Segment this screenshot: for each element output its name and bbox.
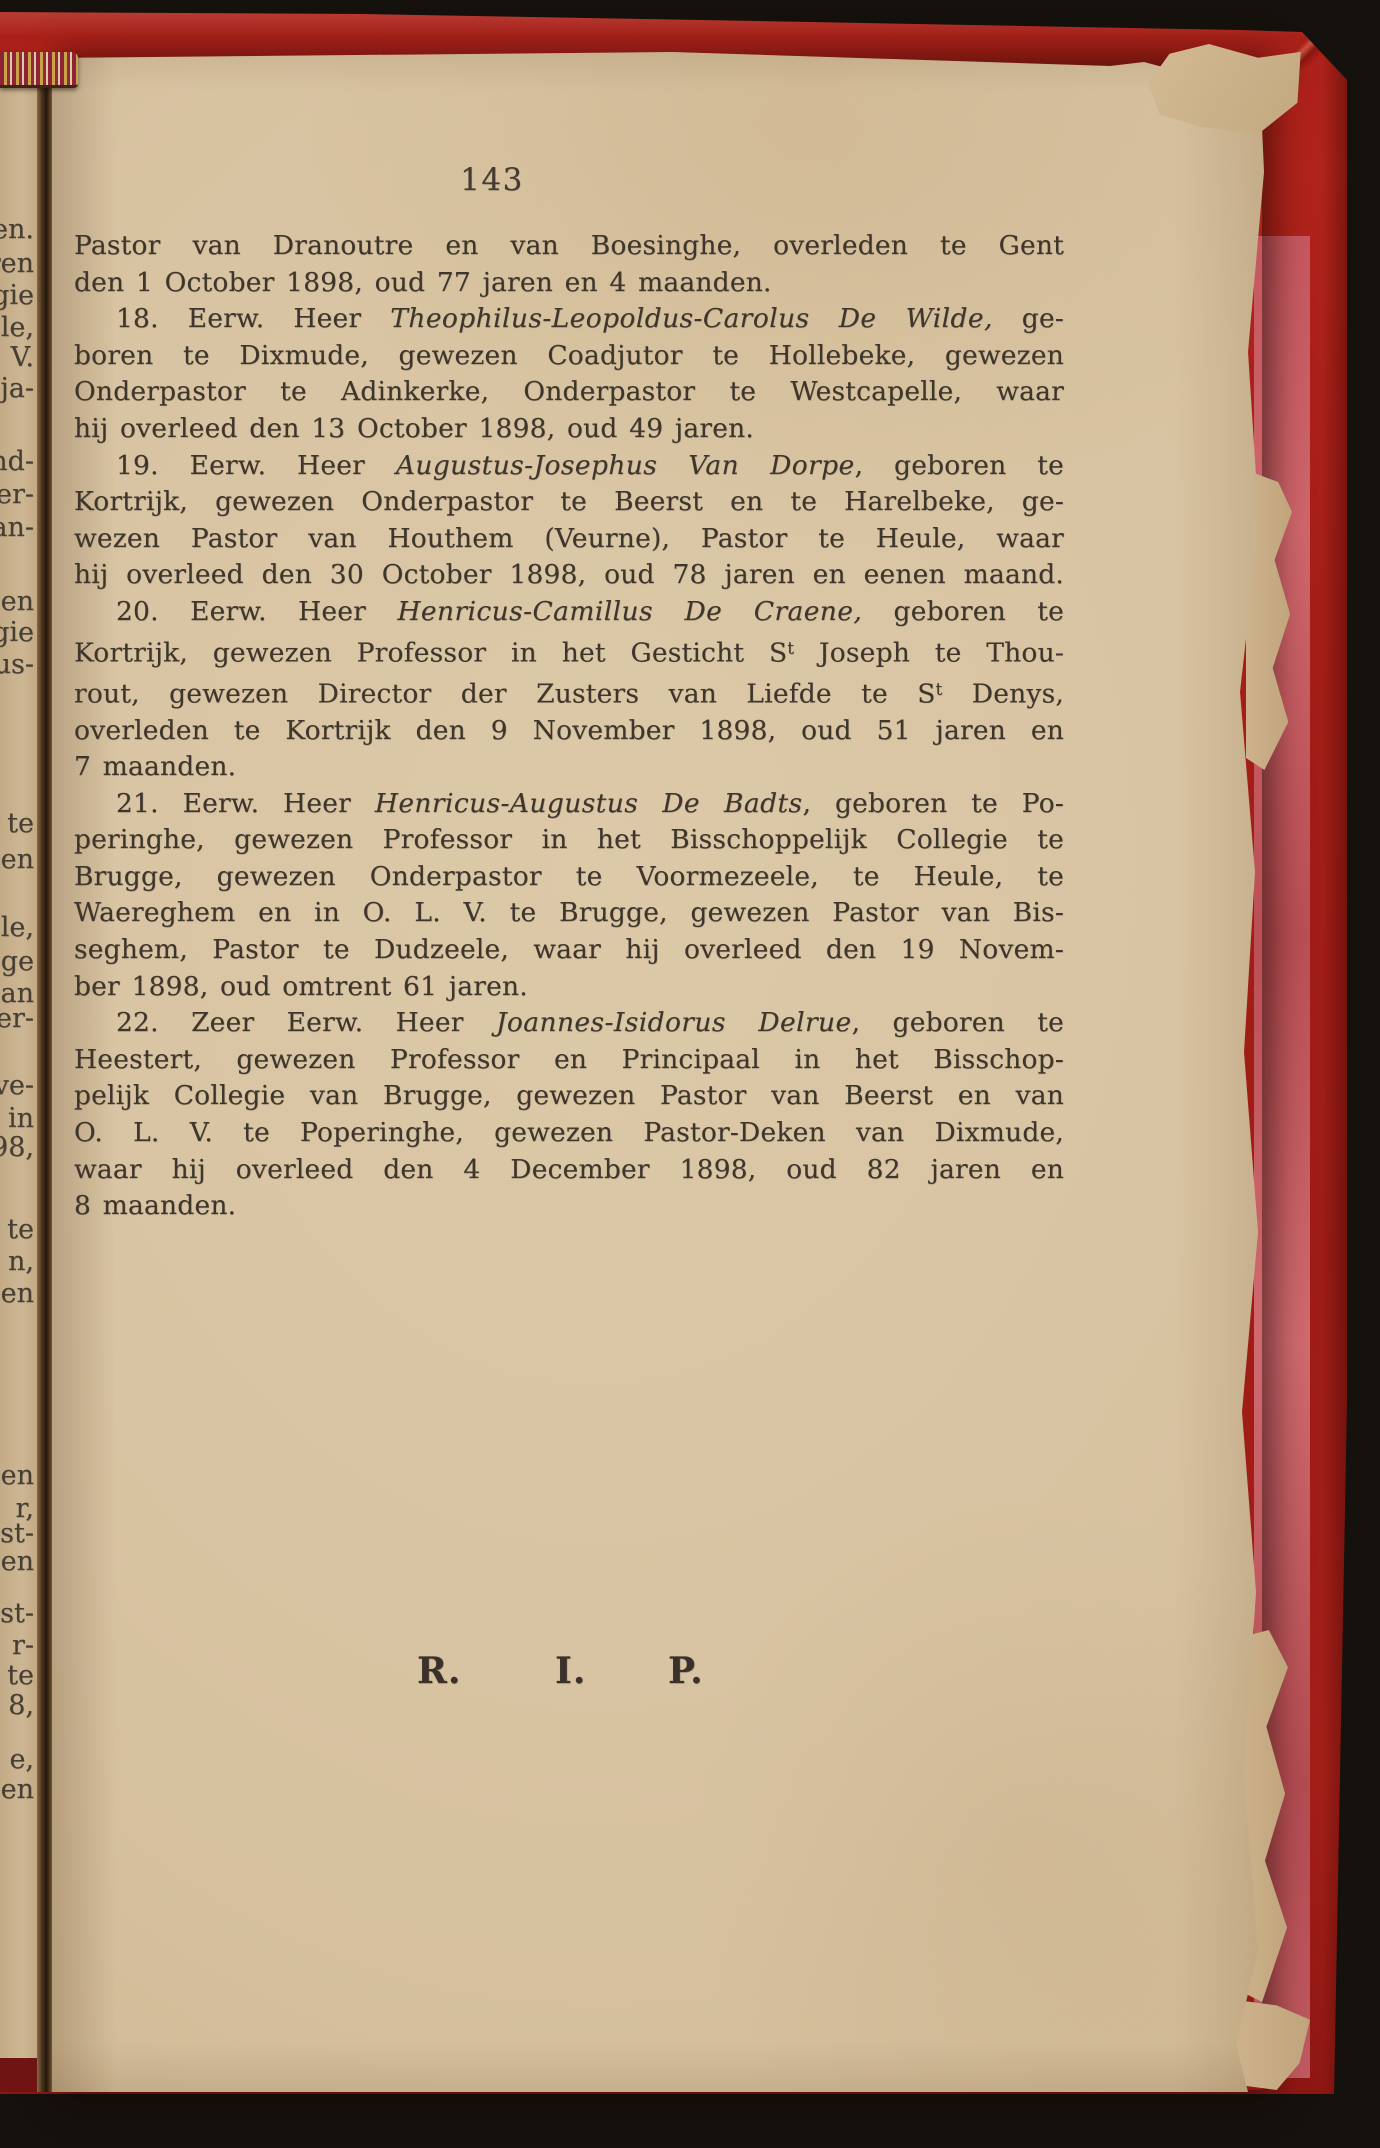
- text-line: peringhe, gewezen Professor in het Bissc…: [74, 822, 1064, 859]
- cover-edge-shade: [1322, 0, 1348, 2094]
- previous-page-text-fragment: gie: [0, 617, 34, 648]
- previous-page-edge: en.rengiele,V.ja-nd-er-an-engieus-teenle…: [0, 84, 37, 2058]
- previous-page-text-fragment: er-: [0, 1003, 34, 1034]
- previous-page-text-fragment: er-: [0, 479, 34, 510]
- previous-page-text-fragment: r-: [12, 1630, 34, 1661]
- previous-page-text-fragment: en.: [0, 214, 34, 245]
- text-line: 7 maanden.: [74, 749, 1064, 786]
- text-block: Pastor van Dranoutre en van Boesinghe, o…: [74, 228, 1064, 1225]
- text-line: 22. Zeer Eerw. Heer Joannes-Isidorus Del…: [74, 1005, 1064, 1042]
- text-line: Kortrijk, gewezen Professor in het Gesti…: [74, 631, 1064, 672]
- previous-page-text-fragment: n,: [8, 1246, 34, 1277]
- previous-page-text-fragment: gie: [0, 280, 34, 311]
- text-line: ber 1898, oud omtrent 61 jaren.: [74, 969, 1064, 1006]
- text-line: 21. Eerw. Heer Henricus-Augustus De Badt…: [74, 786, 1064, 823]
- previous-page-text-fragment: an-: [0, 512, 34, 543]
- text-line: Pastor van Dranoutre en van Boesinghe, o…: [74, 228, 1064, 265]
- text-line: Brugge, gewezen Onderpastor te Voormezee…: [74, 859, 1064, 896]
- text-line: 8 maanden.: [74, 1188, 1064, 1225]
- text-line: hij overleed den 30 October 1898, oud 78…: [74, 557, 1064, 594]
- text-line: Heestert, gewezen Professor en Principaa…: [74, 1042, 1064, 1079]
- previous-page-text-fragment: le,: [1, 912, 34, 943]
- previous-page-text-fragment: st-: [0, 1518, 34, 1549]
- text-line: Kortrijk, gewezen Onderpastor te Beerst …: [74, 484, 1064, 521]
- previous-page-text-fragment: ja-: [0, 373, 34, 404]
- previous-page-text-fragment: en: [1, 1546, 34, 1577]
- gutter-shadow: [37, 52, 54, 2092]
- previous-page-text-fragment: 98,: [0, 1132, 34, 1163]
- text-line: seghem, Pastor te Dudzeele, waar hij ove…: [74, 932, 1064, 969]
- previous-page-text-fragment: en: [1, 586, 34, 617]
- cover-top-shine: [0, 0, 1348, 46]
- previous-page-text-fragment: te: [7, 1660, 34, 1691]
- previous-page-text-fragment: te: [7, 1214, 34, 1245]
- previous-page-text-fragment: e,: [9, 1744, 34, 1775]
- text-line: pelijk Collegie van Brugge, gewezen Past…: [74, 1078, 1064, 1115]
- previous-page-text-fragment: st-: [0, 1598, 34, 1629]
- previous-page-text-fragment: ve-: [0, 1070, 34, 1101]
- rip-letter-p: P.: [668, 1650, 704, 1692]
- previous-page-text-fragment: 8,: [8, 1690, 34, 1721]
- rip-inscription: R. I. P.: [52, 1650, 1264, 1700]
- previous-page-text-fragment: V.: [11, 342, 34, 373]
- previous-page-text-fragment: en: [1, 1774, 34, 1805]
- previous-page-text-fragment: en: [1, 1278, 34, 1309]
- previous-page-text-fragment: en: [1, 1460, 34, 1491]
- page-number: 143: [52, 162, 932, 198]
- previous-page-text-fragment: us-: [0, 649, 34, 680]
- scanned-page: 143 Pastor van Dranoutre en van Boesingh…: [52, 52, 1264, 2092]
- text-line: O. L. V. te Poperinghe, gewezen Pastor-D…: [74, 1115, 1064, 1152]
- text-line: 18. Eerw. Heer Theophilus-Leopoldus-Caro…: [74, 301, 1064, 338]
- previous-page-text-fragment: en: [1, 844, 34, 875]
- text-line: Waereghem en in O. L. V. te Brugge, gewe…: [74, 895, 1064, 932]
- text-line: boren te Dixmude, gewezen Coadjutor te H…: [74, 338, 1064, 375]
- previous-page-text-fragment: ge: [1, 946, 34, 977]
- previous-page-text-fragment: nd-: [0, 446, 34, 477]
- previous-page-text-fragment: le,: [1, 312, 34, 343]
- text-line: 20. Eerw. Heer Henricus-Camillus De Crae…: [74, 594, 1064, 631]
- text-line: Onderpastor te Adinkerke, Onderpastor te…: [74, 374, 1064, 411]
- text-line: wezen Pastor van Houthem (Veurne), Pasto…: [74, 521, 1064, 558]
- text-line: den 1 October 1898, oud 77 jaren en 4 ma…: [74, 265, 1064, 302]
- rip-letter-i: I.: [555, 1650, 586, 1692]
- text-line: rout, gewezen Director der Zusters van L…: [74, 672, 1064, 713]
- text-line: 19. Eerw. Heer Augustus-Josephus Van Dor…: [74, 448, 1064, 485]
- text-line: hij overleed den 13 October 1898, oud 49…: [74, 411, 1064, 448]
- book-scan: en.rengiele,V.ja-nd-er-an-engieus-teenle…: [0, 0, 1380, 2148]
- previous-page-text-fragment: in: [8, 1103, 34, 1134]
- text-line: waar hij overleed den 4 December 1898, o…: [74, 1152, 1064, 1189]
- previous-page-text-fragment: te: [7, 808, 34, 839]
- rip-letter-r: R.: [417, 1650, 461, 1692]
- endband-headband: [0, 52, 78, 88]
- text-line: overleden te Kortrijk den 9 November 189…: [74, 713, 1064, 750]
- previous-page-text-fragment: ren: [0, 248, 34, 279]
